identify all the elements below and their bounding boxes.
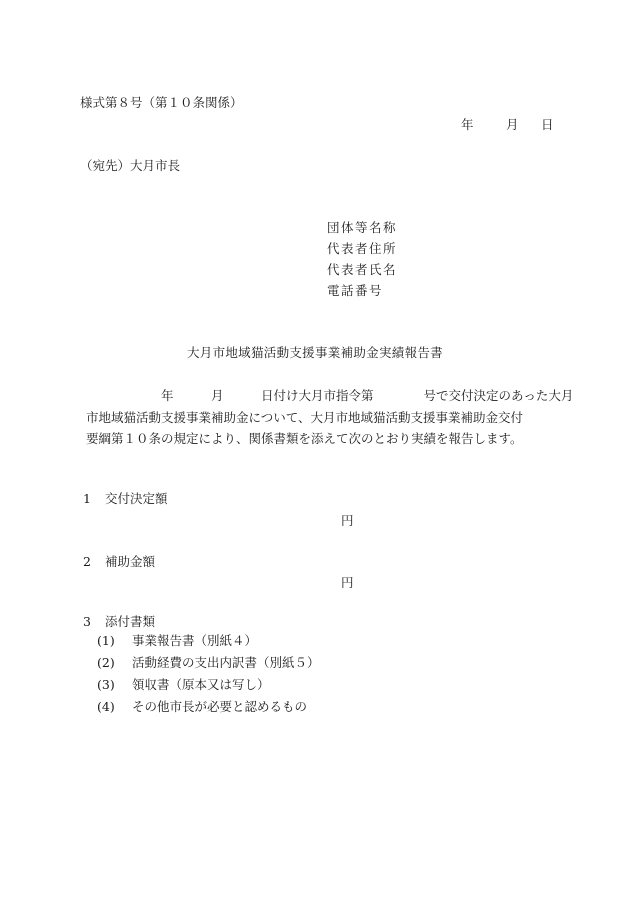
applicant-address: 代表者住所 (327, 241, 397, 262)
item-number: 1 (83, 491, 105, 507)
applicant-block: 団体等名称 代表者住所 代表者氏名 電話番号 (327, 220, 397, 304)
applicant-org-name: 団体等名称 (327, 220, 397, 241)
date-year: 年 (461, 117, 506, 133)
item-grant-decision: 1交付決定額 (83, 491, 168, 507)
item-label: 交付決定額 (105, 491, 168, 506)
date-month: 月 (506, 117, 541, 133)
item-subsidy-amount: 2補助金額 (83, 554, 155, 570)
item-label: 添付書類 (105, 614, 155, 629)
attachment-item: (1)事業報告書（別紙４） (97, 633, 320, 655)
item-number: 3 (83, 614, 105, 630)
item-number: 2 (83, 554, 105, 570)
attachment-list: (1)事業報告書（別紙４） (2)活動経費の支出内訳書（別紙５） (3)領収書（… (97, 633, 320, 721)
yen-unit: 円 (341, 575, 354, 591)
body-text: 年 月 日付け大月市指令第 号で交付決定のあった大月 市地域猫活動支援事業補助金… (86, 385, 573, 450)
form-number: 様式第８号（第１０条関係） (80, 95, 243, 111)
body-line: 市地域猫活動支援事業補助金について、大月市地域猫活動支援事業補助金交付 (86, 407, 573, 429)
applicant-phone: 電話番号 (327, 283, 397, 304)
date-day: 日 (541, 117, 554, 133)
item-attachments: 3添付書類 (83, 614, 155, 630)
date-line: 年月日 (461, 117, 554, 133)
body-line: 年 月 日付け大月市指令第 号で交付決定のあった大月 (86, 385, 573, 407)
attachment-item: (2)活動経費の支出内訳書（別紙５） (97, 655, 320, 677)
yen-unit: 円 (341, 513, 354, 529)
item-label: 補助金額 (105, 554, 155, 569)
attachment-item: (3)領収書（原本又は写し） (97, 677, 320, 699)
attachment-item: (4)その他市長が必要と認めるもの (97, 699, 320, 721)
document-title: 大月市地域猫活動支援事業補助金実績報告書 (0, 345, 630, 361)
body-line: 要綱第１０条の規定により、関係書類を添えて次のとおり実績を報告します。 (86, 428, 573, 450)
applicant-representative: 代表者氏名 (327, 262, 397, 283)
addressee: （宛先）大月市長 (80, 158, 180, 174)
